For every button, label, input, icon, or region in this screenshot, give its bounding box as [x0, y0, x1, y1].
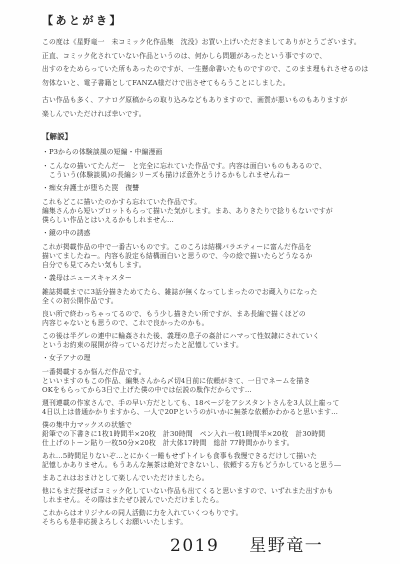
text-line: ・女子アナの理: [42, 354, 376, 363]
text-line: ・鏡の中の誘惑: [42, 229, 376, 238]
text-line: これが掲載作品の中で一番古いものです。このころは結構バラエティーに富んだ作品を: [42, 243, 376, 252]
text-line: まあこれはおまけとして楽しんでいただけましたら。: [42, 474, 376, 483]
paragraph: まあこれはおまけとして楽しんでいただけましたら。: [42, 474, 376, 483]
text-line: ・P3からの体験談風の短編・中編漫画: [42, 148, 376, 157]
section-heading: 【あとがき】: [42, 14, 376, 28]
text-line: というお約束の展開が待っているだけだったと記憶しています。: [42, 341, 376, 350]
text-line: ・義母はニュースキャスター: [42, 274, 376, 283]
text-line: 記憶しかありません。もうあんな無茶は絶対できないし、依頼する方もどうかしていると…: [42, 461, 376, 470]
text-line: この後は半グレの連中に輪姦された後、義理の息子の姦計にハマって性奴隷にされていく: [42, 332, 376, 341]
paragraph: この後は半グレの連中に輪姦された後、義理の息子の姦計にハマって性奴隷にされていく…: [42, 332, 376, 350]
text-line: そちらも是非応援よろしくお願いいたします。: [42, 518, 376, 527]
text-line: といいますのもこの作品、編集さんから〆切4日前に依頼がきて、一日でネームを描き: [42, 377, 376, 386]
text-line: 4日以上は普通かかりますから、一人で20Pというのがいかに無茶な依頼かわかると思…: [42, 408, 376, 417]
text-line: 出すのをためらっていた所もあったのですが、一生懸命書いたものですので、このまま埋…: [42, 63, 376, 77]
text-line: 僕らしい作品とはいえるかもしれません…: [42, 216, 376, 225]
text-line: 【解説】: [42, 132, 376, 141]
text-line: 僕の集中力マックスの状態で: [42, 421, 376, 430]
text-line: 全くの初公開作品です。: [42, 297, 376, 306]
text-line: これからはオリジナルの同人活動に力を入れていくつもりです。: [42, 509, 376, 518]
text-line: 楽しんでいただければ幸いです。: [42, 108, 376, 122]
work-title: ・女子アナの理: [42, 354, 376, 363]
text-line: 良い所で終わっちゃってるので、もう少し描きたい所ですが、まあ長編で描くほどの: [42, 310, 376, 319]
text-line: OKをもらってから3日で上げた僕の中では伝説の駄作だからです…: [42, 386, 376, 395]
text-line: 週刊連載の作家さんで、手の早い方だとしても、18ページをアシスタントさんを3人以…: [42, 399, 376, 408]
paragraph: ・こんなの描いてたんだー と完全に忘れていた作品です。内容は面白いものもあるので…: [42, 162, 376, 180]
work-title: ・義母はニュースキャスター: [42, 274, 376, 283]
paragraph: 古い作品も多く、アナログ原稿からの取り込みなどもありますので、画質が悪いものもあ…: [42, 94, 376, 121]
work-title: ・P3からの体験談風の短編・中編漫画: [42, 148, 376, 157]
text-line: しれません。その際はまたぜひ読んでいただけましたら。: [42, 496, 376, 505]
text-line: こういう(体験談風)の長編シリーズも描けば意外とうけるかもしれませんねー: [42, 171, 376, 180]
text-line: これもどこに描いたのかすら忘れていた作品です。: [42, 198, 376, 207]
text-line: 編集さんから短いプロットもらって描いた気がします。まあ、ありきたりで捻りもないで…: [42, 207, 376, 216]
text-line: 【あとがき】: [42, 14, 376, 28]
text-line: 他にもまだ探せばコミック化していない作品も出てくると思いますので、いずれまた出す…: [42, 487, 376, 496]
text-line: ・痴女弁護士が堕ちた罠 復讐: [42, 184, 376, 193]
paragraph: この度は《星野竜一 未コミック化作品集 沈没》お買い上げいただきましてありがとう…: [42, 36, 376, 90]
text-line: この度は《星野竜一 未コミック化作品集 沈没》お買い上げいただきましてありがとう…: [42, 36, 376, 50]
signoff: 2019星野竜一: [42, 531, 376, 556]
afterword-page: 【あとがき】この度は《星野竜一 未コミック化作品集 沈没》お買い上げいただきまし…: [0, 0, 400, 564]
paragraph: 他にもまだ探せばコミック化していない作品も出てくると思いますので、いずれまた出す…: [42, 487, 376, 505]
paragraph: これが掲載作品の中で一番古いものです。このころは結構バラエティーに富んだ作品を描…: [42, 243, 376, 270]
paragraph: 良い所で終わっちゃってるので、もう少し描きたい所ですが、まあ長編で描くほどの内容…: [42, 310, 376, 328]
text-line: 勿体ないと、電子書籍としてFANZA様だけで出させてもらうことにしました。: [42, 77, 376, 91]
text-line: 正直、コミック化されていない作品というのは、何かしら問題があったという事ですので…: [42, 50, 376, 64]
work-title: ・鏡の中の誘惑: [42, 229, 376, 238]
paragraph: あれ…5時間足りないぞ…とにかく一睡もせずトイレも食事も我慢できるだけして描いた…: [42, 452, 376, 470]
afterword-text: 【あとがき】この度は《星野竜一 未コミック化作品集 沈没》お買い上げいただきまし…: [42, 14, 376, 560]
paragraph: 雑誌掲載までに3話分描きためてたら、雑誌が無くなってしまったのでお蔵入りになった…: [42, 288, 376, 306]
text-line: 鉛筆での下書きに1枚1時間半×20枚 計30時間 ペン入れ一枚1時間半×20枚 …: [42, 430, 376, 439]
text-line: あれ…5時間足りないぞ…とにかく一睡もせずトイレも食事も我慢できるだけして描いた: [42, 452, 376, 461]
paragraph: 僕の集中力マックスの状態で鉛筆での下書きに1枚1時間半×20枚 計30時間 ペン…: [42, 421, 376, 448]
paragraph: これもどこに描いたのかすら忘れていた作品です。編集さんから短いプロットもらって描…: [42, 198, 376, 225]
text-line: 仕上げのトーン貼り一枚50分×20枚 計大体17時間 総計 77時間かかります。: [42, 439, 376, 448]
signoff-year: 2019: [170, 536, 219, 556]
text-line: 一番掲載するか悩んだ作品です。: [42, 368, 376, 377]
text-line: 描いてましたねー。内容も設定も結構面白いと思うので、今の絵で描いたらどうなるか: [42, 252, 376, 261]
work-title: ・痴女弁護士が堕ちた罠 復讐: [42, 184, 376, 193]
paragraph: 週刊連載の作家さんで、手の早い方だとしても、18ページをアシスタントさんを3人以…: [42, 399, 376, 417]
text-line: 雑誌掲載までに3話分描きためてたら、雑誌が無くなってしまったのでお蔵入りになった: [42, 288, 376, 297]
paragraph: 一番掲載するか悩んだ作品です。といいますのもこの作品、編集さんから〆切4日前に依…: [42, 368, 376, 395]
text-line: 内容じゃないとも思うので、これで良かったのかも。: [42, 319, 376, 328]
text-line: 自分でも見てみたい気もします。: [42, 261, 376, 270]
paragraph: これからはオリジナルの同人活動に力を入れていくつもりです。そちらも是非応援よろし…: [42, 509, 376, 527]
text-line: 古い作品も多く、アナログ原稿からの取り込みなどもありますので、画質が悪いものもあ…: [42, 94, 376, 108]
signoff-author: 星野竜一: [249, 531, 323, 556]
text-line: ・こんなの描いてたんだー と完全に忘れていた作品です。内容は面白いものもあるので…: [42, 162, 376, 171]
section-heading: 【解説】: [42, 132, 376, 141]
